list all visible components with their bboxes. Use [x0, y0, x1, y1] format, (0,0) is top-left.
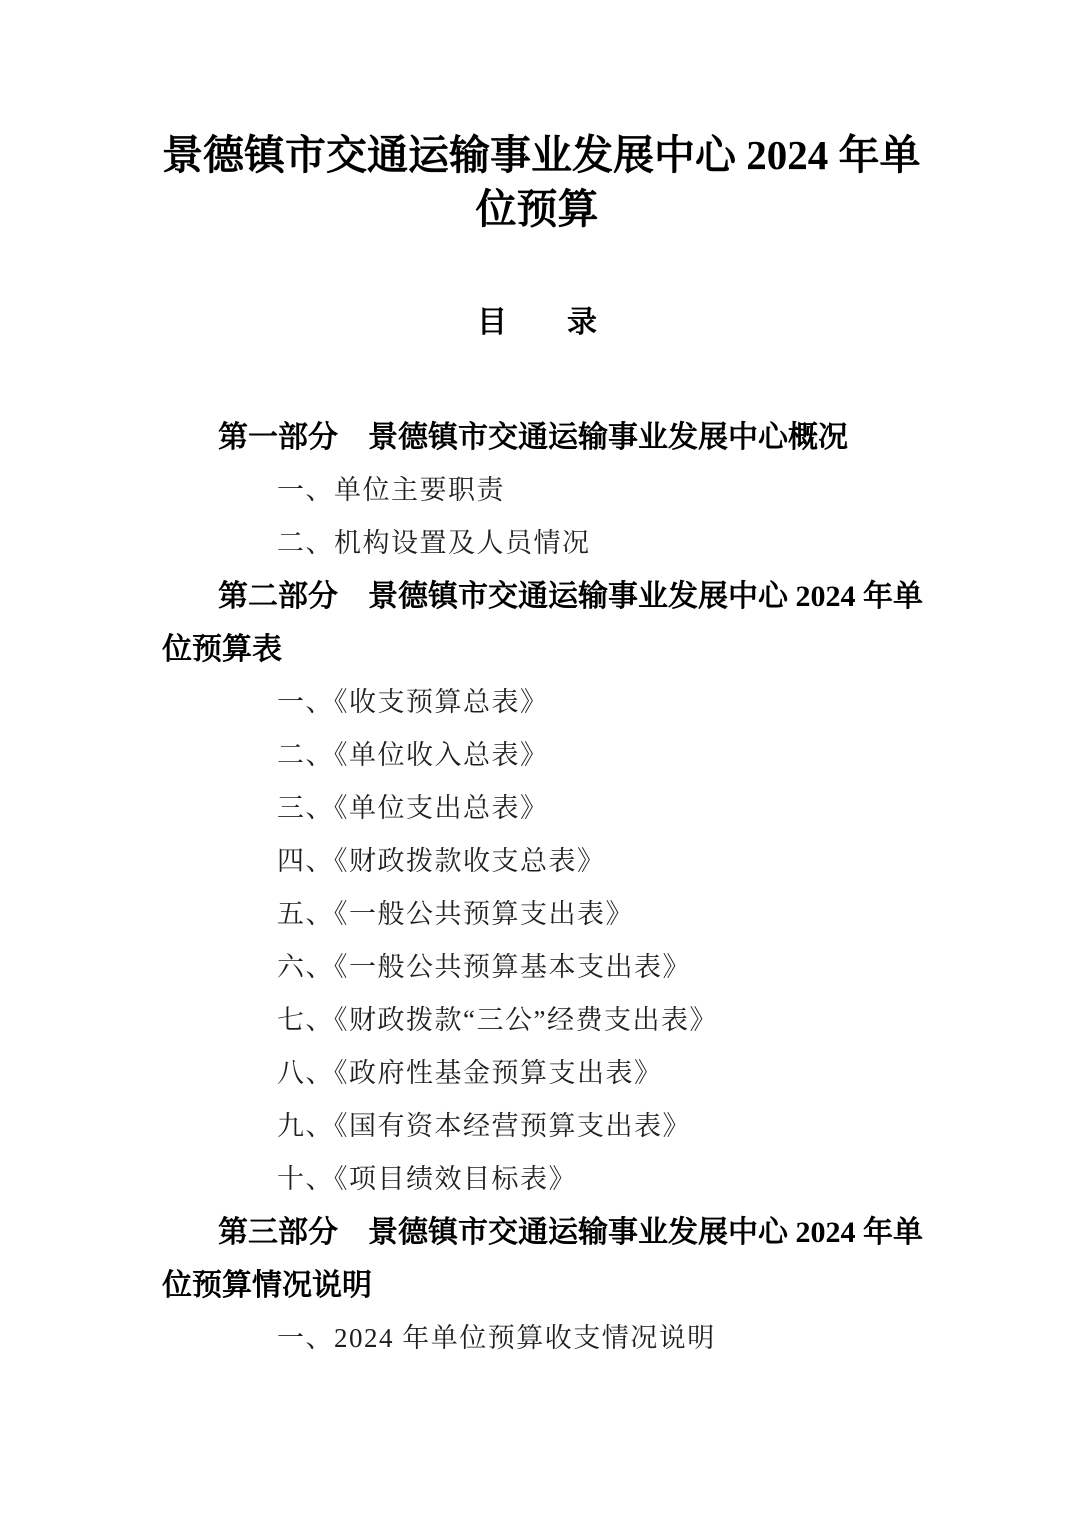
document-title: 景德镇市交通运输事业发展中心 2024 年单 位预算 [162, 128, 912, 236]
toc-item: 二、机构设置及人员情况 [162, 517, 912, 570]
section-heading: 第三部分 景德镇市交通运输事业发展中心 2024 年单 [162, 1206, 912, 1259]
toc-item: 一、单位主要职责 [162, 464, 912, 517]
toc-item: 六、《一般公共预算基本支出表》 [162, 941, 912, 994]
section-heading: 第二部分 景德镇市交通运输事业发展中心 2024 年单 [162, 570, 912, 623]
toc-item: 一、《收支预算总表》 [162, 676, 912, 729]
toc-item: 七、《财政拨款“三公”经费支出表》 [162, 994, 912, 1047]
document-page: 景德镇市交通运输事业发展中心 2024 年单 位预算 目 录 第一部分 景德镇市… [0, 0, 1074, 1520]
toc-heading: 目 录 [162, 296, 912, 349]
toc-item: 三、《单位支出总表》 [162, 782, 912, 835]
section-heading-continuation: 位预算表 [162, 623, 912, 676]
section-heading-continuation: 位预算情况说明 [162, 1259, 912, 1312]
document-title-line: 景德镇市交通运输事业发展中心 2024 年单 [162, 128, 912, 182]
section-part2: 第二部分 景德镇市交通运输事业发展中心 2024 年单 位预算表 一、《收支预算… [162, 570, 912, 1206]
document-title-line: 位预算 [162, 182, 912, 236]
toc-item: 二、《单位收入总表》 [162, 729, 912, 782]
section-part1: 第一部分 景德镇市交通运输事业发展中心概况 一、单位主要职责 二、机构设置及人员… [162, 411, 912, 570]
toc-item: 一、2024 年单位预算收支情况说明 [162, 1312, 912, 1365]
toc-item: 五、《一般公共预算支出表》 [162, 888, 912, 941]
toc-item: 四、《财政拨款收支总表》 [162, 835, 912, 888]
section-part3: 第三部分 景德镇市交通运输事业发展中心 2024 年单 位预算情况说明 一、20… [162, 1206, 912, 1365]
toc-item: 十、《项目绩效目标表》 [162, 1153, 912, 1206]
toc-item: 九、《国有资本经营预算支出表》 [162, 1100, 912, 1153]
document-content: 景德镇市交通运输事业发展中心 2024 年单 位预算 目 录 第一部分 景德镇市… [162, 128, 912, 1365]
toc-body: 第一部分 景德镇市交通运输事业发展中心概况 一、单位主要职责 二、机构设置及人员… [162, 411, 912, 1365]
section-heading: 第一部分 景德镇市交通运输事业发展中心概况 [162, 411, 912, 464]
toc-item: 八、《政府性基金预算支出表》 [162, 1047, 912, 1100]
